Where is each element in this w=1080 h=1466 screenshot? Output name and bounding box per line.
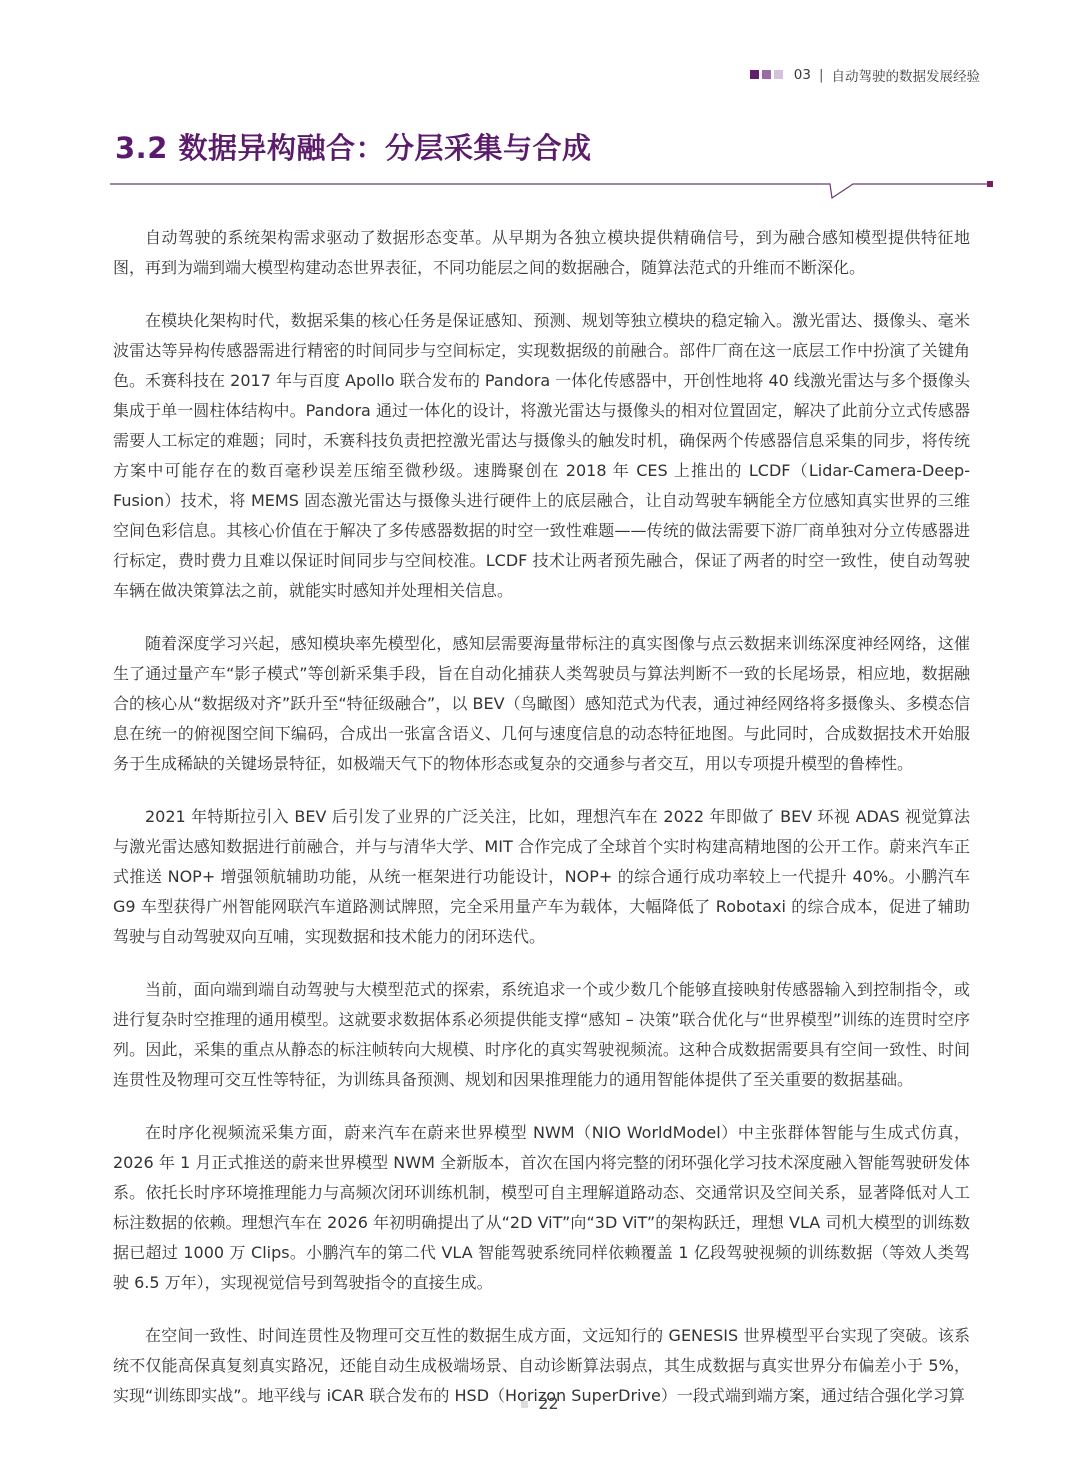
paragraph-video-stream: 在时序化视频流采集方面，蔚来汽车在蔚来世界模型 NWM（NIO WorldMod… [113,1118,970,1298]
accent-square-medium [762,70,771,79]
body-text: 自动驾驶的系统架构需求驱动了数据形态变革。从早期为各独立模块提供精确信号，到为融… [113,223,970,1434]
paragraph-intro: 自动驾驶的系统架构需求驱动了数据形态变革。从早期为各独立模块提供精确信号，到为融… [113,223,970,283]
paragraph-modular-era: 在模块化架构时代，数据采集的核心任务是保证感知、预测、规划等独立模块的稳定输入。… [113,306,970,606]
paragraph-deep-learning: 随着深度学习兴起，感知模块率先模型化，感知层需要海量带标注的真实图像与点云数据来… [113,629,970,779]
accent-square-dark [750,70,759,79]
paragraph-bev-adoption: 2021 年特斯拉引入 BEV 后引发了业界的广泛关注，比如，理想汽车在 202… [113,802,970,952]
title-underline-rule [110,170,1000,210]
header-separator: | [819,67,824,83]
running-header: 03 | 自动驾驶的数据发展经验 [750,64,980,86]
paragraph-end-to-end: 当前，面向端到端自动驾驶与大模型范式的探索，系统追求一个或少数几个能够直接映射传… [113,975,970,1095]
accent-square-light [774,70,783,79]
page-footer: 22 [0,1394,1080,1413]
chapter-title: 自动驾驶的数据发展经验 [832,65,981,85]
page-number: 22 [538,1394,558,1413]
header-accent-squares [750,67,786,83]
footer-square-icon [521,1401,528,1408]
section-title: 3.2 数据异构融合：分层采集与合成 [115,126,591,167]
chapter-number: 03 [794,67,811,83]
